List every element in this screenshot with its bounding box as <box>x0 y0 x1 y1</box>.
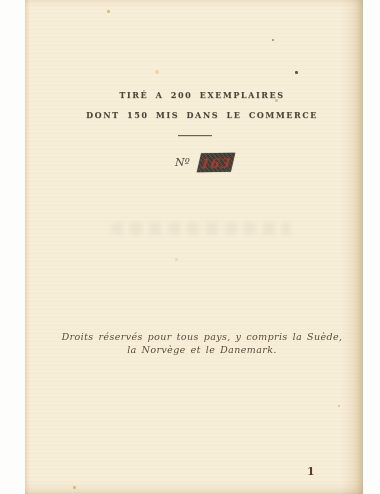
foxing-speck <box>338 405 340 407</box>
show-through-ghost-text <box>111 222 291 235</box>
signature-mark: 1 <box>307 465 315 478</box>
limitation-line-1: TIRÉ A 200 EXEMPLAIRES <box>33 90 371 100</box>
foxing-speck <box>175 258 178 261</box>
copy-number-label: Nº <box>175 156 190 169</box>
foxing-speck <box>107 10 110 13</box>
foxing-speck <box>295 71 298 74</box>
divider-rule <box>178 135 212 136</box>
stamp-digits: 163 <box>199 155 232 174</box>
foxing-speck <box>73 486 76 489</box>
foxing-speck <box>275 99 278 102</box>
foxing-speck <box>155 70 159 74</box>
copy-number-row: Nº 163 <box>175 153 233 172</box>
copy-number-stamp: 163 <box>197 153 236 173</box>
book-page: TIRÉ A 200 EXEMPLAIRES DONT 150 MIS DANS… <box>25 0 363 494</box>
limitation-line-2: DONT 150 MIS DANS LE COMMERCE <box>33 110 371 120</box>
foxing-speck <box>272 39 274 41</box>
rights-line-2: la Norvège et le Danemark. <box>33 345 371 356</box>
scan-background: TIRÉ A 200 EXEMPLAIRES DONT 150 MIS DANS… <box>0 0 380 494</box>
rights-line-1: Droits réservés pour tous pays, y compri… <box>33 332 371 343</box>
